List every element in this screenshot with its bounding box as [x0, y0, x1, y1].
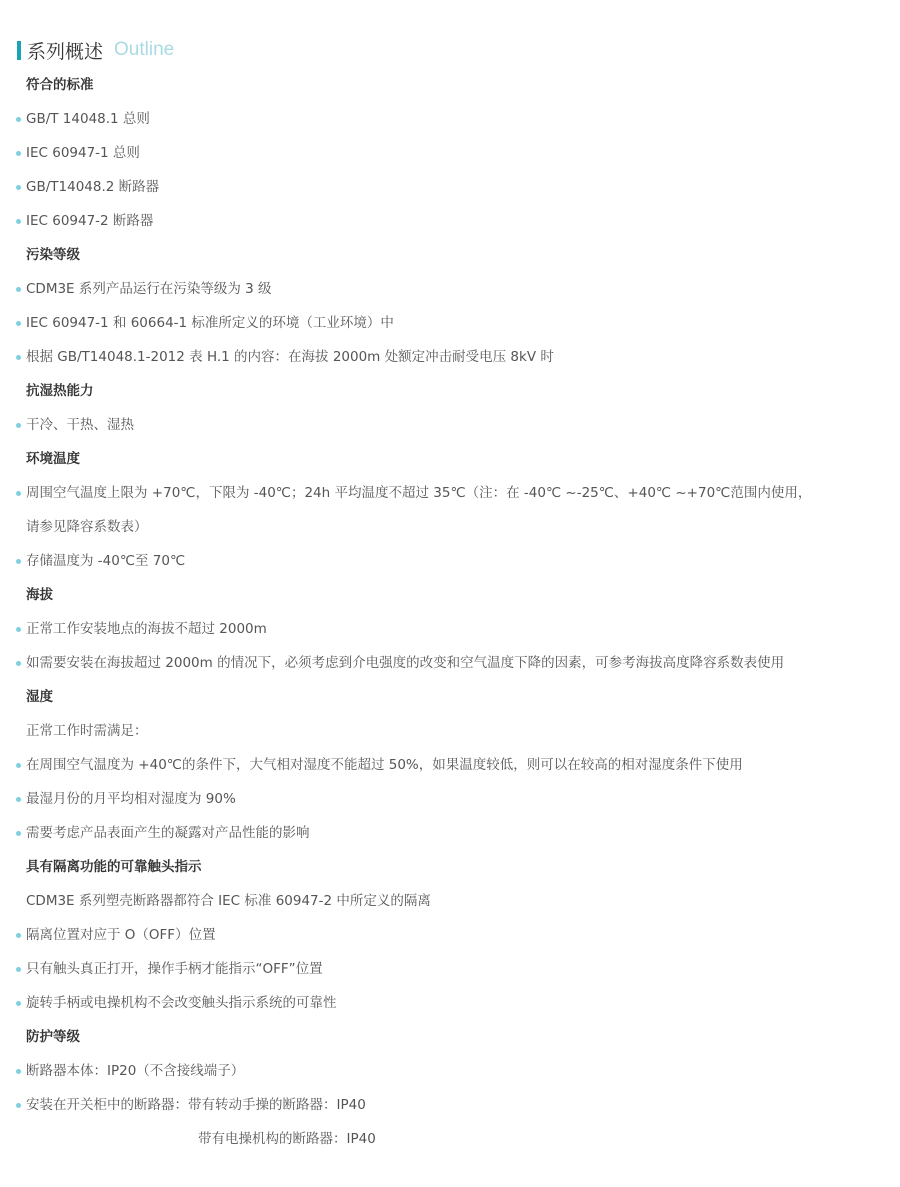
- list-item: 在周围空气温度为 +40℃的条件下，大气相对湿度不能超过 50%，如果温度较低，…: [0, 748, 900, 782]
- list-item: GB/T 14048.1 总则: [0, 102, 900, 136]
- list-item: GB/T14048.2 断路器: [0, 170, 900, 204]
- paragraph: CDM3E 系列塑壳断路器都符合 IEC 标准 60947-2 中所定义的隔离: [0, 884, 900, 918]
- title-accent-bar: [17, 41, 21, 60]
- title-chinese: 系列概述: [27, 37, 103, 64]
- list-item: 安装在开关柜中的断路器：带有转动手操的断路器：IP40: [0, 1088, 900, 1122]
- section-heading-protection: 防护等级: [0, 1020, 900, 1054]
- list-item: 存储温度为 -40℃至 70℃: [0, 544, 900, 578]
- section-heading-pollution: 污染等级: [0, 238, 900, 272]
- list-item: 干冷、干热、湿热: [0, 408, 900, 442]
- title-english: Outline: [114, 39, 174, 61]
- list-item: 根据 GB/T14048.1-2012 表 H.1 的内容：在海拔 2000m …: [0, 340, 900, 374]
- list-item: 旋转手柄或电操机构不会改变触头指示系统的可靠性: [0, 986, 900, 1020]
- outline-content: 符合的标准 GB/T 14048.1 总则 IEC 60947-1 总则 GB/…: [0, 68, 900, 1156]
- section-heading-ambient-temp: 环境温度: [0, 442, 900, 476]
- list-item: IEC 60947-1 和 60664-1 标准所定义的环境（工业环境）中: [0, 306, 900, 340]
- list-item: 最湿月份的月平均相对湿度为 90%: [0, 782, 900, 816]
- section-heading-isolation: 具有隔离功能的可靠触头指示: [0, 850, 900, 884]
- section-heading-standards: 符合的标准: [0, 68, 900, 102]
- list-item: 如需要安装在海拔超过 2000m 的情况下，必须考虑到介电强度的改变和空气温度下…: [0, 646, 900, 680]
- list-item: 断路器本体：IP20（不含接线端子）: [0, 1054, 900, 1088]
- section-heading-damp-heat: 抗湿热能力: [0, 374, 900, 408]
- list-item-continuation: 请参见降容系数表）: [0, 510, 900, 544]
- list-item: 周围空气温度上限为 +70℃，下限为 -40℃；24h 平均温度不超过 35℃（…: [0, 476, 900, 510]
- list-item-continuation: 带有电操机构的断路器：IP40: [0, 1122, 900, 1156]
- paragraph: 正常工作时需满足：: [0, 714, 900, 748]
- list-item: IEC 60947-2 断路器: [0, 204, 900, 238]
- list-item: 需要考虑产品表面产生的凝露对产品性能的影响: [0, 816, 900, 850]
- list-item: IEC 60947-1 总则: [0, 136, 900, 170]
- list-item: CDM3E 系列产品运行在污染等级为 3 级: [0, 272, 900, 306]
- list-item: 正常工作安装地点的海拔不超过 2000m: [0, 612, 900, 646]
- section-heading-altitude: 海拔: [0, 578, 900, 612]
- list-item: 隔离位置对应于 O（OFF）位置: [0, 918, 900, 952]
- section-heading-humidity: 湿度: [0, 680, 900, 714]
- section-title: 系列概述 Outline: [17, 37, 174, 63]
- list-item: 只有触头真正打开，操作手柄才能指示“OFF”位置: [0, 952, 900, 986]
